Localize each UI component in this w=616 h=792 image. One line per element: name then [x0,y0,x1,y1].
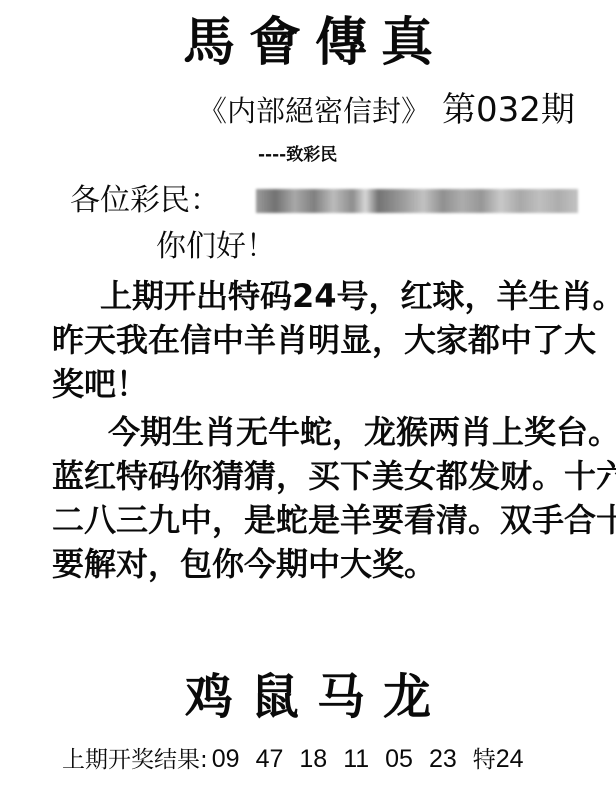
redacted-contact-info [256,189,578,213]
greeting-row: 各位彩民： [70,180,578,222]
special-number-group: 特 24 [473,740,524,779]
special-label: 特 [473,741,496,779]
document-title: 馬會傳真 [0,8,616,78]
issue-number: 第032期 [442,88,575,132]
body-line: 上期开出特码24号，红球，羊生肖。 [52,274,592,318]
result-number: 23 [429,740,457,778]
body-line: 奖吧！ [52,362,592,406]
special-number: 24 [496,740,524,778]
letter-body: 上期开出特码24号，红球，羊生肖。 昨天我在信中羊肖明显，大家都中了大 奖吧！ … [52,274,592,586]
confidential-label: 《内部絕密信封》 [198,89,430,133]
result-number: 11 [343,740,369,778]
result-number: 05 [385,740,413,778]
body-line: 要解对，包你今期中大奖。 [52,542,592,586]
result-number: 47 [256,740,284,778]
subtitle-row: 《内部絕密信封》 第032期 [198,88,575,133]
body-line: 今期生肖无牛蛇，龙猴两肖上奖台。 [52,410,592,454]
addressee-line: ----致彩民 [258,142,337,168]
answer-zodiacs: 鸡鼠马龙 [0,664,616,730]
result-numbers: 09 47 18 11 05 23 [212,740,457,778]
last-draw-result: 上期开奖结果: 09 47 18 11 05 23 特 24 [62,740,524,779]
body-line: 蓝红特码你猜猜，买下美女都发财。十六 [52,454,592,498]
result-number: 18 [299,740,327,778]
salutation: 各位彩民： [70,180,220,222]
result-number: 09 [212,740,240,778]
paragraph-2: 今期生肖无牛蛇，龙猴两肖上奖台。 蓝红特码你猜猜，买下美女都发财。十六 二八三九… [52,410,592,586]
paragraph-1: 上期开出特码24号，红球，羊生肖。 昨天我在信中羊肖明显，大家都中了大 奖吧！ [52,274,592,406]
body-line: 二八三九中，是蛇是羊要看清。双手合十 [52,498,592,542]
body-line: 昨天我在信中羊肖明显，大家都中了大 [52,318,592,362]
hello-text: 你们好！ [156,226,276,268]
result-label: 上期开奖结果: [62,741,208,779]
